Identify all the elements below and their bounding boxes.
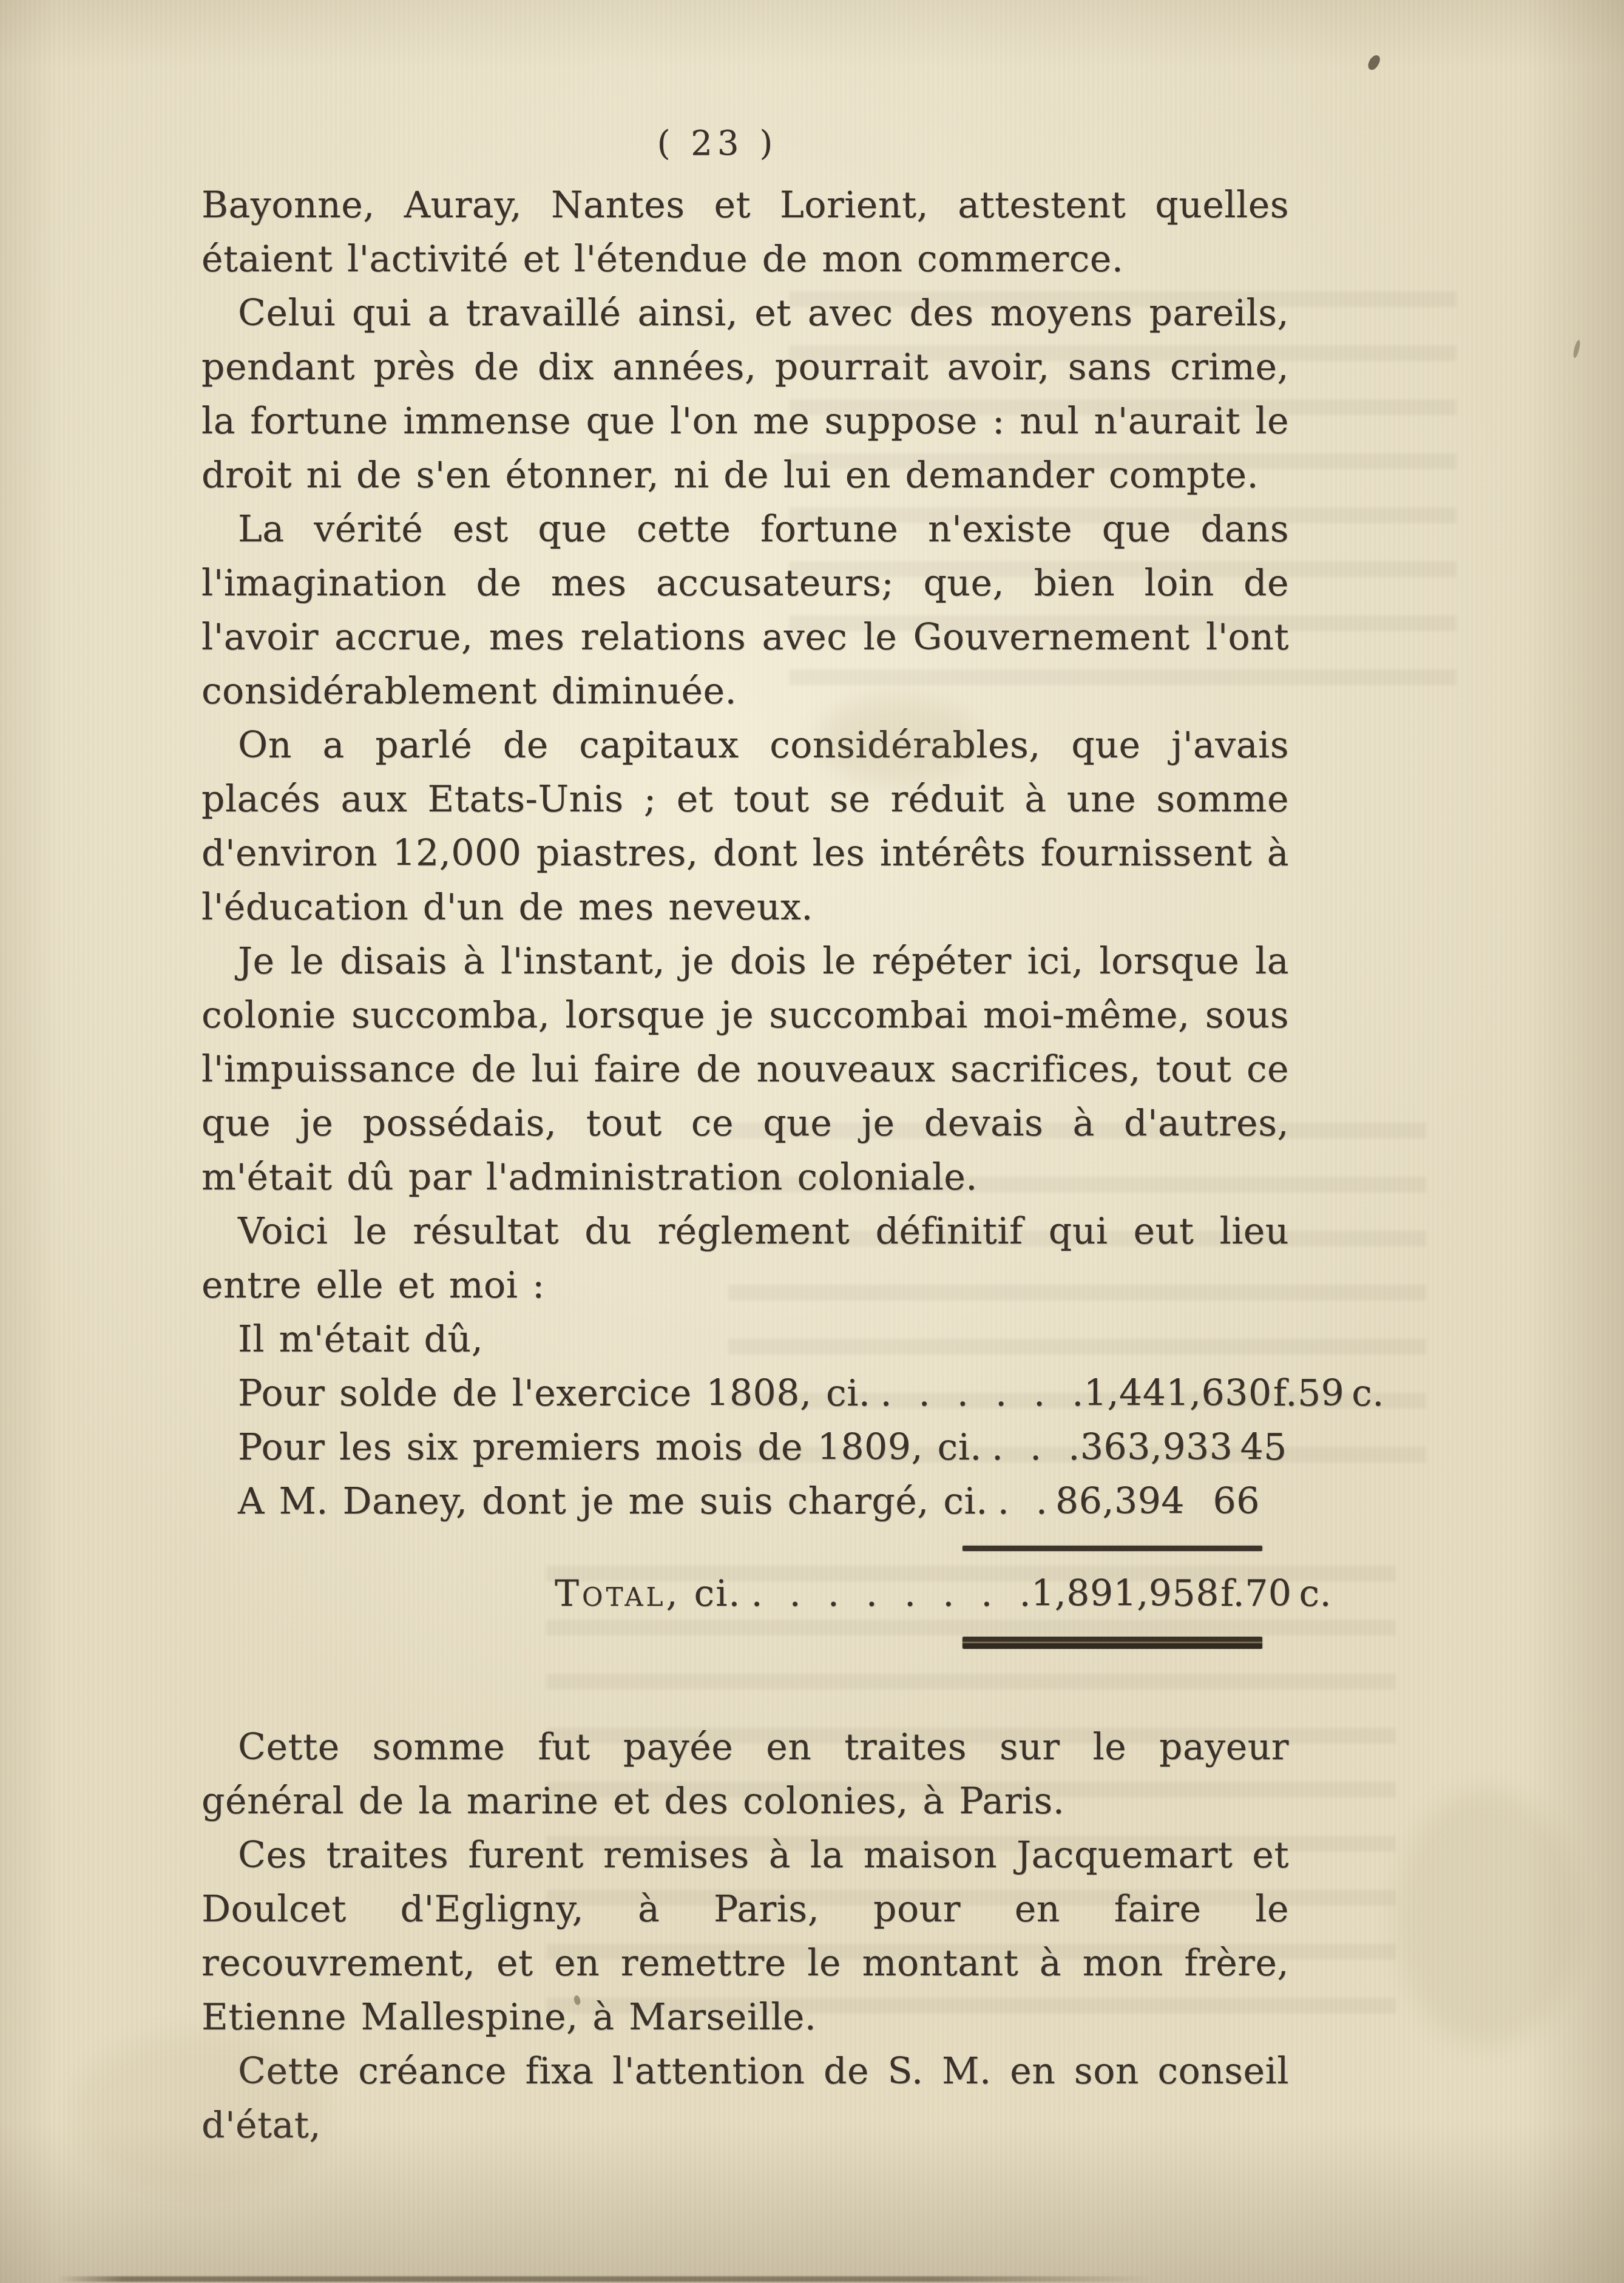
paragraph: Je le disais à l'instant, je dois le rép… [201, 935, 1289, 1205]
amount-cents: 59 [1298, 1367, 1344, 1421]
total-amount-francs: 1,891,958 [1031, 1567, 1213, 1621]
statement-of-account: Il m'était dû, Pour solde de l'exercice … [201, 1313, 1289, 1649]
ledger-label: Pour solde de l'exercice 1808, ci. [238, 1367, 870, 1421]
page-number: ( 23 ) [201, 124, 1233, 163]
ledger-label: Pour les six premiers mois de 1809, ci. [238, 1421, 982, 1475]
scan-edge-shadow [58, 2276, 1150, 2282]
amount-unit: f. [1266, 1367, 1298, 1421]
amount-cents-unit: c. [1344, 1367, 1381, 1421]
paragraph: Voici le résultat du réglement définitif… [201, 1205, 1289, 1313]
paragraph: On a parlé de capitaux considérables, qu… [201, 719, 1289, 935]
closing-double-rule [963, 1637, 1262, 1649]
paragraph: Ces traites furent remises à la maison J… [201, 1828, 1289, 2045]
statement-intro: Il m'était dû, [238, 1313, 1289, 1367]
ink-speck [1366, 53, 1381, 72]
amount-francs: 363,933 [1080, 1421, 1233, 1475]
book-page-scan: ( 23 ) Bayonne, Auray, Nantes et Lorient… [0, 0, 1624, 2283]
ink-speck [1572, 339, 1581, 358]
paragraph: Cette somme fut payée en traites sur le … [201, 1720, 1289, 1828]
amount-francs: 86,394 [1047, 1475, 1185, 1529]
total-amount-cents: 70 [1245, 1567, 1291, 1621]
dot-leader: . . . . . . [870, 1367, 1083, 1421]
amount-cents: 66 [1213, 1475, 1260, 1529]
ledger-row: Pour solde de l'exercice 1808, ci. . . .… [238, 1367, 1289, 1421]
total-row: Total, ci. . . . . . . . . 1,891,958 f. … [201, 1567, 1289, 1621]
ledger-row: Pour les six premiers mois de 1809, ci. … [238, 1421, 1289, 1475]
sum-rule [963, 1546, 1262, 1551]
total-amount-unit: f. [1213, 1567, 1245, 1621]
paragraph: Cette créance fixa l'attention de S. M. … [201, 2045, 1289, 2153]
paper-stain [1396, 1790, 1578, 2045]
dot-leader: . . . [982, 1421, 1080, 1475]
text-block: Bayonne, Auray, Nantes et Lorient, attes… [201, 178, 1289, 2153]
paper-stain [73, 2033, 328, 2191]
paragraph: Celui qui a travaillé ainsi, et avec des… [201, 286, 1289, 502]
ledger-row: A M. Daney, dont je me suis chargé, ci. … [238, 1475, 1289, 1529]
paragraph: Bayonne, Auray, Nantes et Lorient, attes… [201, 178, 1289, 286]
amount-francs: 1,441,630 [1084, 1367, 1266, 1421]
total-label-rest: , ci. [666, 1572, 741, 1615]
ledger-label: A M. Daney, dont je me suis chargé, ci. [238, 1475, 988, 1529]
total-label: Total, ci. [555, 1567, 741, 1621]
dot-leader: . . . . . . . . [741, 1567, 1031, 1621]
dot-leader: . . [988, 1475, 1048, 1529]
total-word: Total [555, 1572, 666, 1615]
paragraph: La vérité est que cette fortune n'existe… [201, 502, 1289, 719]
amount-cents: 45 [1240, 1421, 1287, 1475]
paper-stain [819, 698, 977, 783]
total-amount-cents-unit: c. [1292, 1567, 1328, 1621]
